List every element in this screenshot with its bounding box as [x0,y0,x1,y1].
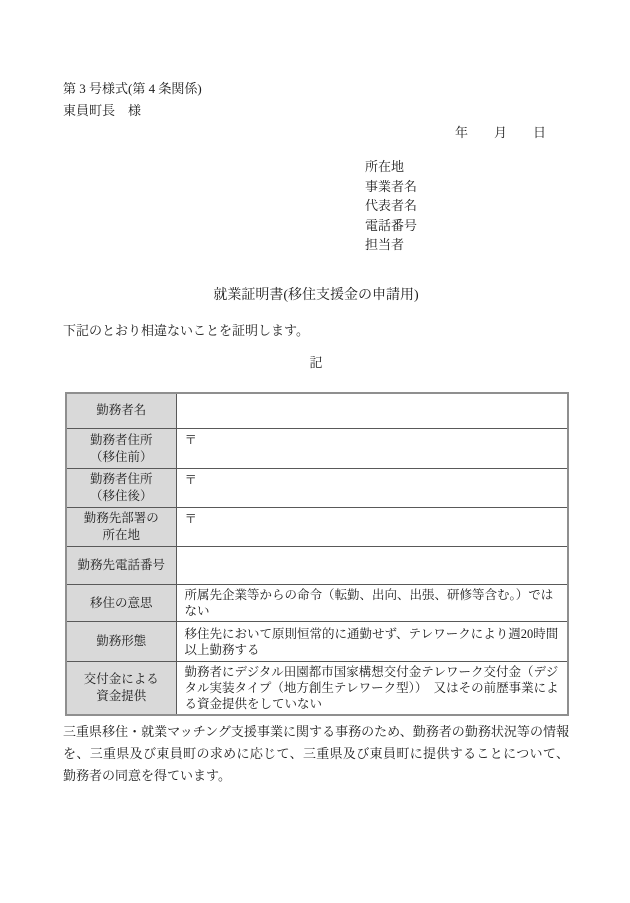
date-line: 年 月 日 [63,122,569,144]
sender-field-location: 所在地 [365,157,569,177]
row-label: 交付金による 資金提供 [66,662,176,716]
row-label: 勤務者住所 （移住前） [66,429,176,469]
table-row-address-after: 勤務者住所 （移住後） 〒 [66,469,568,508]
row-label: 勤務形態 [66,622,176,662]
row-label: 勤務者住所 （移住後） [66,469,176,508]
table-row-grant-funding: 交付金による 資金提供 勤務者にデジタル田園都市国家構想交付金テレワーク交付金（… [66,662,568,716]
document-page: 第 3 号様式(第 4 条関係) 東員町長 様 年 月 日 所在地 事業者名 代… [0,0,630,903]
row-value: 〒 [176,508,568,547]
table-row-worker-name: 勤務者名 [66,393,568,429]
row-value: 勤務者にデジタル田園都市国家構想交付金テレワーク交付金（デジタル実装タイプ（地方… [176,662,568,716]
row-label: 勤務者名 [66,393,176,429]
sender-field-business-name: 事業者名 [365,177,569,197]
section-mark: 記 [63,352,569,374]
row-value: 所属先企業等からの命令（転勤、出向、出張、研修等含む。）ではない [176,585,568,622]
table-row-workplace-phone: 勤務先電話番号 [66,547,568,585]
sender-field-representative: 代表者名 [365,196,569,216]
consent-note: 三重県移住・就業マッチング支援事業に関する事務のため、勤務者の勤務状況等の情報を… [63,721,569,787]
row-label: 勤務先部署の 所在地 [66,508,176,547]
table-row-address-before: 勤務者住所 （移住前） 〒 [66,429,568,469]
row-value: 〒 [176,429,568,469]
sender-block: 所在地 事業者名 代表者名 電話番号 担当者 [365,157,569,255]
row-label: 移住の意思 [66,585,176,622]
sender-field-contact-person: 担当者 [365,235,569,255]
certificate-table: 勤務者名 勤務者住所 （移住前） 〒 勤務者住所 （移住後） 〒 勤務先部署の … [65,392,569,717]
intro-statement: 下記のとおり相違ないことを証明します。 [63,320,569,342]
table-row-work-style: 勤務形態 移住先において原則恒常的に通勤せず、テレワークにより週20時間以上勤務… [66,622,568,662]
document-title: 就業証明書(移住支援金の申請用) [63,286,569,306]
row-value: 〒 [176,469,568,508]
table-row-workplace-location: 勤務先部署の 所在地 〒 [66,508,568,547]
row-label: 勤務先電話番号 [66,547,176,585]
form-number: 第 3 号様式(第 4 条関係) [63,0,569,100]
row-value: 移住先において原則恒常的に通勤せず、テレワークにより週20時間以上勤務する [176,622,568,662]
addressee: 東員町長 様 [63,100,569,122]
row-value [176,393,568,429]
sender-field-phone: 電話番号 [365,216,569,236]
table-row-migration-intent: 移住の意思 所属先企業等からの命令（転勤、出向、出張、研修等含む。）ではない [66,585,568,622]
row-value [176,547,568,585]
